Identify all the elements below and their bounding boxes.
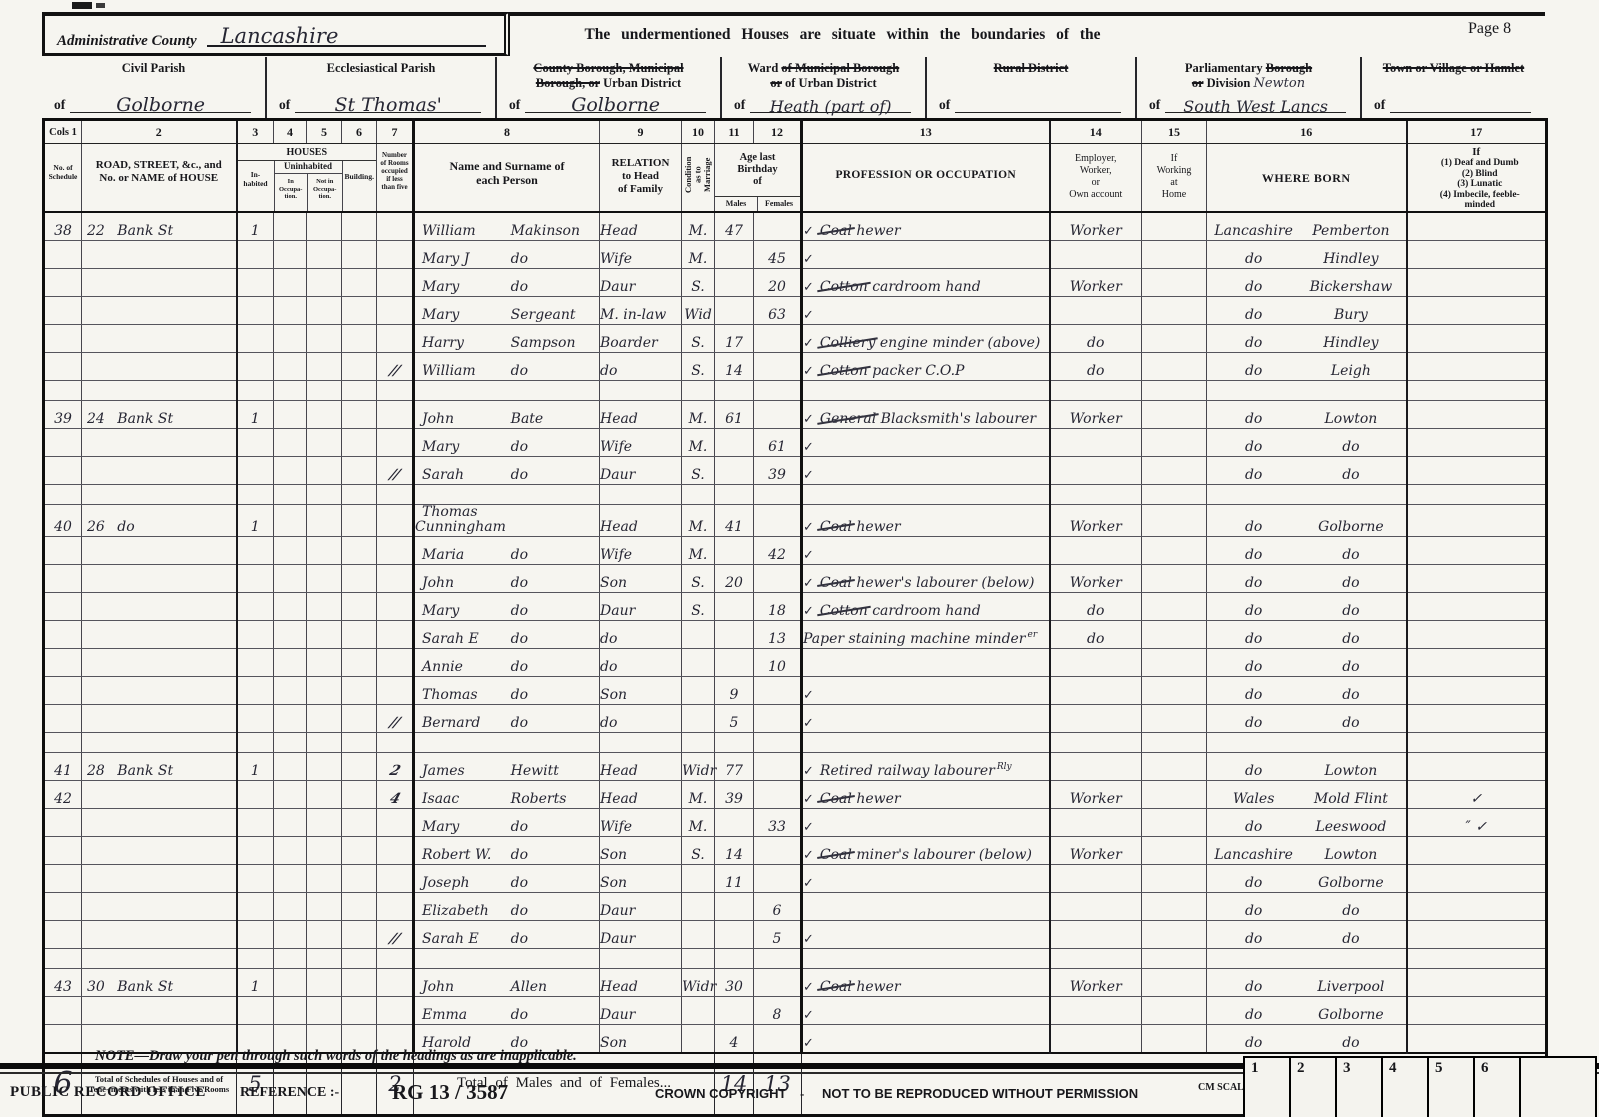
- col-num-4: 4: [274, 120, 307, 144]
- cell-uninhabited-not-occupation: [307, 240, 342, 268]
- cell-age-male: 14: [715, 352, 754, 380]
- cell-inhabited: 1: [237, 968, 274, 996]
- district-label: Ecclesiastical Parish: [267, 61, 495, 76]
- cell-age-male: [715, 892, 754, 920]
- col-num-14: 14: [1050, 120, 1142, 144]
- cell-age-female: [754, 212, 802, 241]
- cell-address: 22Bank St: [82, 212, 237, 241]
- cell-occupation: [802, 380, 1050, 400]
- cell-working-at-home: [1142, 352, 1207, 380]
- cell-uninhabited-not-occupation: [307, 564, 342, 592]
- cell-where-born: doHindley: [1207, 324, 1407, 352]
- cell-occupation: ✓: [802, 676, 1050, 704]
- col-header-rooms: Number of Rooms occupied if less than fi…: [377, 144, 414, 212]
- cell-address: [82, 484, 237, 504]
- cell-uninhabited-not-occupation: [307, 892, 342, 920]
- cell-infirmity: [1407, 536, 1547, 564]
- spacer-row: [44, 484, 1547, 504]
- cell-schedule-no: [44, 484, 82, 504]
- cell-uninhabited-in-occupation: [274, 380, 307, 400]
- cell-building: [342, 732, 377, 752]
- infirmity-item: (1) Deaf and Dumb: [1408, 158, 1546, 169]
- cell-age-male: [715, 484, 754, 504]
- cell-infirmity: [1407, 324, 1547, 352]
- cell-condition: [682, 864, 715, 892]
- cell-age-female: 20: [754, 268, 802, 296]
- cell-where-born: LancashireLowton: [1207, 836, 1407, 864]
- cell-age-male: 41: [715, 504, 754, 536]
- cell-employer-status: [1050, 456, 1142, 484]
- table-header: Cols 1 2 3 4 5 6 7 8 9 10 11 12 13 14 15…: [44, 120, 1547, 212]
- clerk-tick-mark: ✓: [803, 308, 814, 323]
- clerk-tick-mark: ✓: [803, 364, 814, 379]
- cell-address: [82, 732, 237, 752]
- cell-building: [342, 380, 377, 400]
- cell-condition: [682, 920, 715, 948]
- cell-schedule-no: [44, 704, 82, 732]
- cell-infirmity: [1407, 752, 1547, 780]
- clerk-tick-mark: ✓: [803, 1008, 814, 1023]
- cell-age-female: [754, 484, 802, 504]
- cell-relation: Head: [600, 780, 682, 808]
- cell-inhabited: 1: [237, 504, 274, 536]
- cell-working-at-home: [1142, 780, 1207, 808]
- cell-occupation: ✓Coal hewer's labourer (below): [802, 564, 1050, 592]
- cell-rooms: [377, 676, 414, 704]
- cell-working-at-home: [1142, 380, 1207, 400]
- cell-address: [82, 996, 237, 1024]
- cell-inhabited: 1: [237, 400, 274, 428]
- cell-uninhabited-not-occupation: [307, 732, 342, 752]
- cell-person-name: JohnBate: [414, 400, 600, 428]
- cell-working-at-home: [1142, 296, 1207, 324]
- cell-person-name: Williamdo: [414, 352, 600, 380]
- col-num-17: 17: [1407, 120, 1547, 144]
- cell-building: [342, 484, 377, 504]
- census-row: 4330Bank St1JohnAllenHeadWidr30✓Coal hew…: [44, 968, 1547, 996]
- cell-address: [82, 704, 237, 732]
- cell-uninhabited-in-occupation: [274, 996, 307, 1024]
- cell-occupation: ✓: [802, 808, 1050, 836]
- cell-infirmity: [1407, 836, 1547, 864]
- cell-inhabited: [237, 892, 274, 920]
- cell-rooms: //: [377, 920, 414, 948]
- cell-condition: [682, 1024, 715, 1053]
- cell-where-born: LancashirePemberton: [1207, 212, 1407, 241]
- cell-building: [342, 592, 377, 620]
- cell-condition: [682, 892, 715, 920]
- cell-rooms: [377, 536, 414, 564]
- cell-person-name: ThomasCunningham: [414, 504, 600, 536]
- cell-age-female: 13: [754, 620, 802, 648]
- cell-age-male: 4: [715, 1024, 754, 1053]
- cell-condition: M.: [682, 536, 715, 564]
- cell-age-male: 77: [715, 752, 754, 780]
- cell-address: [82, 268, 237, 296]
- cell-where-born: dodo: [1207, 620, 1407, 648]
- cell-uninhabited-not-occupation: [307, 592, 342, 620]
- cell-schedule-no: [44, 920, 82, 948]
- cell-building: [342, 752, 377, 780]
- reproduction-notice: NOT TO BE REPRODUCED WITHOUT PERMISSION: [822, 1086, 1138, 1101]
- cell-occupation: ✓: [802, 920, 1050, 948]
- district-header-row: Civil ParishofGolborneEcclesiastical Par…: [42, 57, 1545, 118]
- cell-building: [342, 676, 377, 704]
- cell-where-born: doLeeswood: [1207, 808, 1407, 836]
- cell-infirmity: [1407, 592, 1547, 620]
- cell-uninhabited-not-occupation: [307, 648, 342, 676]
- cell-age-female: 10: [754, 648, 802, 676]
- administrative-county-box: Administrative County Lancashire: [42, 12, 510, 56]
- cell-person-name: Sarah Edo: [414, 920, 600, 948]
- cell-where-born: [1207, 732, 1407, 752]
- cell-condition: M.: [682, 428, 715, 456]
- cell-age-male: [715, 948, 754, 968]
- cell-address: [82, 892, 237, 920]
- administrative-county-label: Administrative County: [57, 33, 197, 50]
- cell-uninhabited-not-occupation: [307, 836, 342, 864]
- spacer-row: [44, 948, 1547, 968]
- col-num-5: 5: [307, 120, 342, 144]
- cell-infirmity: [1407, 352, 1547, 380]
- cell-age-male: [715, 296, 754, 324]
- cell-address: [82, 240, 237, 268]
- cell-address: 26do: [82, 504, 237, 536]
- cell-age-female: [754, 564, 802, 592]
- cell-age-female: [754, 780, 802, 808]
- cell-rooms: [377, 808, 414, 836]
- cell-working-at-home: [1142, 484, 1207, 504]
- cell-infirmity: [1407, 296, 1547, 324]
- clerk-tick-mark: ✓: [803, 336, 814, 351]
- cell-age-female: 33: [754, 808, 802, 836]
- cell-schedule-no: [44, 296, 82, 324]
- cell-infirmity: [1407, 456, 1547, 484]
- scale-box-5: 5: [1427, 1056, 1475, 1117]
- cell-employer-status: [1050, 676, 1142, 704]
- cell-working-at-home: [1142, 428, 1207, 456]
- cell-uninhabited-not-occupation: [307, 968, 342, 996]
- houses-in-occupation-label: In Occupa- tion.: [275, 174, 309, 211]
- col-header-relation: RELATION to Head of Family: [600, 144, 682, 212]
- cell-uninhabited-in-occupation: [274, 324, 307, 352]
- cell-relation: Daur: [600, 892, 682, 920]
- cell-rooms: [377, 732, 414, 752]
- cell-uninhabited-in-occupation: [274, 968, 307, 996]
- cell-person-name: Marydo: [414, 268, 600, 296]
- cell-infirmity: ″ ✓: [1407, 808, 1547, 836]
- census-row: Anniedodo10dodo: [44, 648, 1547, 676]
- cell-schedule-no: 41: [44, 752, 82, 780]
- col-num-9: 9: [600, 120, 682, 144]
- cell-condition: [682, 648, 715, 676]
- cell-working-at-home: [1142, 564, 1207, 592]
- of-label: of: [1149, 97, 1160, 113]
- cell-inhabited: 1: [237, 212, 274, 241]
- cell-relation: Daur: [600, 268, 682, 296]
- census-row: ThomasdoSon9✓dodo: [44, 676, 1547, 704]
- clerk-tick-mark: ✓: [803, 792, 814, 807]
- cell-uninhabited-in-occupation: [274, 780, 307, 808]
- cell-person-name: Marydo: [414, 592, 600, 620]
- scale-box-2: 2: [1289, 1056, 1337, 1117]
- cell-working-at-home: [1142, 864, 1207, 892]
- cell-inhabited: [237, 732, 274, 752]
- cell-relation: [600, 948, 682, 968]
- cell-building: [342, 808, 377, 836]
- col-num-6: 6: [342, 120, 377, 144]
- cell-working-at-home: [1142, 752, 1207, 780]
- cell-occupation: Paper staining machine minderer: [802, 620, 1050, 648]
- cell-condition: M.: [682, 212, 715, 241]
- cell-schedule-no: [44, 732, 82, 752]
- census-row: Robert W.doSonS.14✓Coal miner's labourer…: [44, 836, 1547, 864]
- cell-working-at-home: [1142, 324, 1207, 352]
- cell-employer-status: [1050, 704, 1142, 732]
- cell-working-at-home: [1142, 836, 1207, 864]
- cell-relation: do: [600, 648, 682, 676]
- col-header-houses: HOUSES In- habited Uninhabited In Occupa…: [237, 144, 377, 212]
- cell-uninhabited-not-occupation: [307, 780, 342, 808]
- cell-working-at-home: [1142, 808, 1207, 836]
- cell-where-born: dodo: [1207, 892, 1407, 920]
- cell-uninhabited-not-occupation: [307, 752, 342, 780]
- cell-relation: Daur: [600, 920, 682, 948]
- cell-employer-status: [1050, 732, 1142, 752]
- cell-address: [82, 780, 237, 808]
- cell-age-male: 20: [715, 564, 754, 592]
- cell-uninhabited-in-occupation: [274, 296, 307, 324]
- cell-uninhabited-not-occupation: [307, 428, 342, 456]
- cell-rooms: [377, 484, 414, 504]
- cell-age-female: 61: [754, 428, 802, 456]
- cell-age-female: [754, 504, 802, 536]
- cell-uninhabited-in-occupation: [274, 536, 307, 564]
- cell-address: 28Bank St: [82, 752, 237, 780]
- cell-employer-status: [1050, 484, 1142, 504]
- cell-condition: S.: [682, 324, 715, 352]
- cell-inhabited: [237, 648, 274, 676]
- cell-infirmity: [1407, 268, 1547, 296]
- cell-rooms: //: [377, 352, 414, 380]
- spacer-row: [44, 732, 1547, 752]
- copyright-label: CROWN COPYRIGHT: [655, 1086, 786, 1101]
- cell-relation: Head: [600, 504, 682, 536]
- cell-uninhabited-in-occupation: [274, 920, 307, 948]
- cell-working-at-home: [1142, 536, 1207, 564]
- houses-not-occupation-label: Not in Occupa- tion.: [308, 174, 342, 211]
- cell-rooms: [377, 400, 414, 428]
- cell-inhabited: [237, 324, 274, 352]
- cell-relation: Boarder: [600, 324, 682, 352]
- cell-address: [82, 428, 237, 456]
- cell-occupation: ✓Cotton packer C.O.P: [802, 352, 1050, 380]
- district-label: County Borough, Municipal: [497, 61, 720, 76]
- col-num-13: 13: [802, 120, 1050, 144]
- cell-where-born: [1207, 484, 1407, 504]
- cell-infirmity: [1407, 484, 1547, 504]
- census-row: //Bernarddodo5✓dodo: [44, 704, 1547, 732]
- cell-infirmity: ✓: [1407, 780, 1547, 808]
- district-section: Town or Village or Hamletof: [1362, 57, 1545, 118]
- cell-schedule-no: [44, 380, 82, 400]
- cell-where-born: doBury: [1207, 296, 1407, 324]
- cell-relation: Son: [600, 864, 682, 892]
- cell-employer-status: Worker: [1050, 212, 1142, 241]
- column-labels-row: No. of Schedule ROAD, STREET, &c., and N…: [44, 144, 1547, 212]
- cell-where-born: doHindley: [1207, 240, 1407, 268]
- clerk-tick-mark: ✓: [803, 876, 814, 891]
- cell-occupation: ✓: [802, 456, 1050, 484]
- cell-age-female: [754, 324, 802, 352]
- cell-person-name: Marydo: [414, 808, 600, 836]
- cell-condition: [682, 620, 715, 648]
- cell-inhabited: [237, 428, 274, 456]
- census-row: HarrySampsonBoarderS.17✓Colliery engine …: [44, 324, 1547, 352]
- cell-where-born: dodo: [1207, 676, 1407, 704]
- census-row: MarydoWifeM.61✓dodo: [44, 428, 1547, 456]
- cell-employer-status: [1050, 428, 1142, 456]
- cell-schedule-no: [44, 620, 82, 648]
- cell-infirmity: [1407, 428, 1547, 456]
- cell-person-name: HarrySampson: [414, 324, 600, 352]
- cell-person-name: Josephdo: [414, 864, 600, 892]
- age-females-label: Females: [757, 197, 800, 211]
- cell-building: [342, 428, 377, 456]
- cell-relation: Son: [600, 676, 682, 704]
- cell-infirmity: [1407, 380, 1547, 400]
- cell-age-female: [754, 968, 802, 996]
- census-row: MarydoDaurS.18✓Cotton cardroom handdodod…: [44, 592, 1547, 620]
- cell-rooms: [377, 212, 414, 241]
- cell-address: [82, 536, 237, 564]
- cell-working-at-home: [1142, 240, 1207, 268]
- scale-box-end: [1519, 1056, 1597, 1117]
- cell-infirmity: [1407, 240, 1547, 268]
- scan-artifact: [72, 2, 92, 9]
- dash: -: [800, 1086, 804, 1102]
- cell-uninhabited-in-occupation: [274, 564, 307, 592]
- cell-infirmity: [1407, 400, 1547, 428]
- cell-rooms: [377, 428, 414, 456]
- cell-occupation: [802, 732, 1050, 752]
- col-header-name: Name and Surname of each Person: [414, 144, 600, 212]
- cell-inhabited: [237, 676, 274, 704]
- cell-occupation: ✓Cotton cardroom hand: [802, 592, 1050, 620]
- cell-rooms: [377, 996, 414, 1024]
- col-header-age: Age last Birthday of Males Females: [715, 144, 802, 212]
- cell-inhabited: [237, 536, 274, 564]
- cell-uninhabited-in-occupation: [274, 808, 307, 836]
- cell-where-born: dodo: [1207, 428, 1407, 456]
- cell-where-born: doGolborne: [1207, 504, 1407, 536]
- of-label: of: [54, 97, 65, 113]
- cell-inhabited: [237, 920, 274, 948]
- cell-condition: Wid: [682, 296, 715, 324]
- district-section: Civil ParishofGolborne: [42, 57, 267, 118]
- district-value: Heath (part of): [750, 97, 911, 116]
- cell-uninhabited-not-occupation: [307, 536, 342, 564]
- cell-infirmity: [1407, 968, 1547, 996]
- cell-rooms: //: [377, 456, 414, 484]
- cell-uninhabited-in-occupation: [274, 212, 307, 241]
- cell-occupation: ✓: [802, 240, 1050, 268]
- cell-age-female: [754, 1024, 802, 1053]
- clerk-tick-mark: ✓: [803, 604, 814, 619]
- cell-uninhabited-in-occupation: [274, 752, 307, 780]
- col-header-occupation: PROFESSION OR OCCUPATION: [802, 144, 1050, 212]
- cell-employer-status: do: [1050, 592, 1142, 620]
- cell-age-male: 17: [715, 324, 754, 352]
- cell-inhabited: [237, 296, 274, 324]
- cell-uninhabited-not-occupation: [307, 380, 342, 400]
- cell-address: [82, 836, 237, 864]
- cell-uninhabited-in-occupation: [274, 592, 307, 620]
- cell-employer-status: [1050, 996, 1142, 1024]
- cell-uninhabited-in-occupation: [274, 400, 307, 428]
- cell-inhabited: [237, 564, 274, 592]
- cell-occupation: ✓Coal miner's labourer (below): [802, 836, 1050, 864]
- cell-employer-status: do: [1050, 324, 1142, 352]
- census-row: //WilliamdodoS.14✓Cotton packer C.O.Pdod…: [44, 352, 1547, 380]
- cell-condition: [682, 704, 715, 732]
- cell-working-at-home: [1142, 948, 1207, 968]
- cell-uninhabited-not-occupation: [307, 676, 342, 704]
- cell-working-at-home: [1142, 920, 1207, 948]
- cell-working-at-home: [1142, 648, 1207, 676]
- cell-schedule-no: [44, 864, 82, 892]
- cell-occupation: ✓Coal hewer: [802, 968, 1050, 996]
- cell-where-born: doGolborne: [1207, 864, 1407, 892]
- cell-age-female: 6: [754, 892, 802, 920]
- cell-age-male: 30: [715, 968, 754, 996]
- district-section: Rural Districtof: [927, 57, 1137, 118]
- district-value: Golborne: [70, 94, 251, 116]
- cell-inhabited: [237, 268, 274, 296]
- age-title: Age last Birthday of: [715, 152, 800, 188]
- district-section: Parliamentary Boroughor Division Newtono…: [1137, 57, 1362, 118]
- cell-age-male: [715, 620, 754, 648]
- cell-building: [342, 892, 377, 920]
- cell-working-at-home: [1142, 268, 1207, 296]
- cell-address: [82, 948, 237, 968]
- cell-schedule-no: [44, 892, 82, 920]
- cell-occupation: ✓Coal hewer: [802, 504, 1050, 536]
- cell-relation: Son: [600, 836, 682, 864]
- cell-uninhabited-in-occupation: [274, 732, 307, 752]
- houses-uninhabited-label: Uninhabited: [275, 161, 342, 174]
- cell-working-at-home: [1142, 968, 1207, 996]
- cell-working-at-home: [1142, 456, 1207, 484]
- cell-inhabited: 1: [237, 752, 274, 780]
- cell-employer-status: [1050, 948, 1142, 968]
- infirmity-item: (2) Blind: [1408, 169, 1546, 180]
- cell-building: [342, 836, 377, 864]
- scan-artifact: [96, 3, 105, 8]
- district-value: Golborne: [525, 94, 706, 116]
- cell-where-born: dodo: [1207, 704, 1407, 732]
- cell-person-name: Sarahdo: [414, 456, 600, 484]
- cell-age-female: [754, 704, 802, 732]
- cell-where-born: doLiverpool: [1207, 968, 1407, 996]
- top-rule: [510, 12, 1545, 16]
- cell-employer-status: [1050, 864, 1142, 892]
- cell-relation: Daur: [600, 996, 682, 1024]
- cell-relation: do: [600, 620, 682, 648]
- scale-box-1: 1: [1243, 1056, 1291, 1117]
- cell-address: [82, 592, 237, 620]
- infirmity-item: (3) Lunatic: [1408, 179, 1546, 190]
